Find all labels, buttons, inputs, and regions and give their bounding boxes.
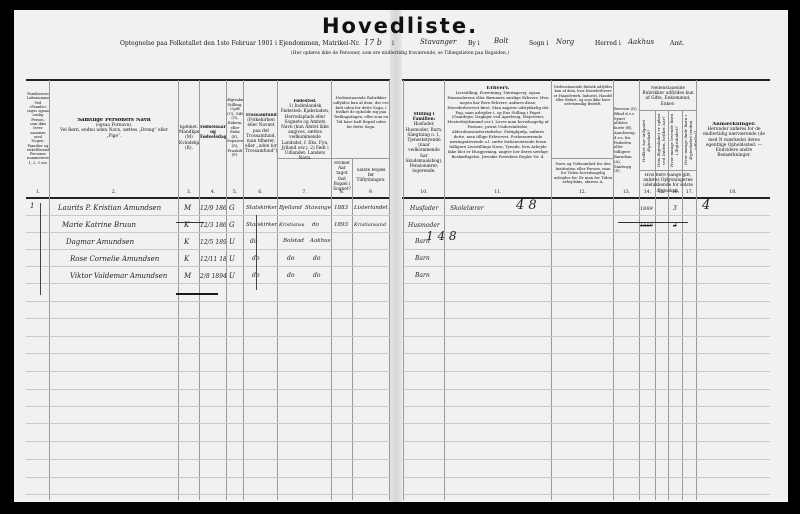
header-col-2: Samtlige Personers Navn (ogsaa Fornavn).… [52,118,176,139]
colnum-7: 7. [278,190,331,195]
header-col-8-9-top: Nedenstaaende Rubrikker udfyldes kun af … [333,96,389,130]
cell-living-children: 3 [673,222,682,229]
header-col-9: Sidste Bopæl før Tilflytningen. [353,168,389,184]
cell-birth-amt: Stavanger [305,205,331,211]
cell-sex: K [184,255,199,263]
cell-civil: U [229,255,243,263]
cell-civil: U [229,272,243,280]
i-label: i [392,40,394,47]
colnum-5: 5. [227,190,243,195]
cell-faith: Statskirken [246,222,277,228]
family-bracket-stroke [40,203,41,295]
header-col-7: Fødested. 1) Indenlandsk Fødested: Kjøbs… [279,99,331,161]
header-rule-right [402,79,770,81]
cell-occupation: Skolelærer [450,205,500,212]
header-col-10-body: Husfader, Husmoder, Barn, Slægtning o. l… [404,122,444,174]
header-col-4: Fødselsaar og Fødselsdag. [200,125,226,141]
cell-name: Laurits P. Kristian Amundsen [58,204,178,212]
header-col-15: Hvis Ægteskabet er opløst ved Døden, hvi… [656,113,668,168]
header-rule-left [26,79,390,81]
cell-living-children: 3 [673,205,682,212]
colnum-11: 11. [445,190,551,195]
header-col-5: Ægteskabelig Stilling. Ugift (U), Gift (… [227,98,243,158]
header-col-11-body: Livsstilling, Forretning, Næringsvej; og… [446,91,550,160]
strikethrough-stroke [618,222,688,223]
cell-name: Rose Cornelie Amundsen [70,255,178,263]
cell-role: Husfader [410,205,444,212]
cell-faith: do [250,238,277,245]
colnum-9: 9. [353,190,389,195]
cell-marriage-year: 1889 [640,223,655,229]
header-col-18: Anmærkninger. Herunder anføres for de mi… [700,122,768,158]
colnum-6: 6. [244,190,277,195]
sogn-value: Norg [556,38,574,46]
cell-birthplace: Kristiansand [279,222,305,228]
cell-born: 12/11 1892 [200,256,226,263]
underline-stroke [176,293,218,295]
cell-role: Husmoder [408,222,444,229]
colnum-14: 14. [640,190,655,195]
header-col-16: Hvor mange levende Børn i Ægteskabet? [669,113,682,168]
place-value: Stavanger [420,38,456,46]
header-col-8: Hvilket Aar tagot fast Bopæl i Sognet? [332,161,352,192]
colnum-8: 8. [332,190,352,195]
sex-strike-stroke [176,222,204,223]
sogn-label: Sogn i [529,40,548,47]
cell-year: 1883 [334,205,352,211]
header-col-18-body: Herunder anføres for de midlertidig nærv… [700,127,768,158]
header-col-14: Hvilket Aar indgaaet Ægteskab? [641,113,654,168]
faith-bracket-stroke [256,215,257,290]
cell-born: 2/8 1894 [200,273,226,280]
matrikel-nr-value: 17 b [364,38,382,47]
cell-faith: Statskirken [246,205,277,211]
column-number-rule-left [26,197,390,199]
colnum-17: 17. [683,190,696,195]
subtitle-note: (Her opføres ikke de Personer, som ere m… [0,51,800,56]
cell-prev-residence: Listerlandet [354,205,389,211]
colnum-13: 13. [614,190,639,195]
header-col-6: Trossamfund (Folkekirken eller Navnet pa… [245,113,277,155]
cell-sex: K [184,238,199,246]
header-col-12-top: Nedenstaaende Rubrik udfyldes kun af dem… [553,85,613,106]
cell-name: Dagmar Amundsen [66,238,178,246]
herred-value: Aakhus [628,38,654,46]
herred-label: Herred i [595,40,621,47]
cell-birthplace: do [287,272,305,279]
colnum-1: 1. [27,190,49,195]
cell-sex: M [184,204,199,212]
colnum-15: 15. [656,190,668,195]
header-col-11: Erhverv. Livsstilling, Forretning, Nærin… [446,86,550,160]
header-col-13: Beveien (D), Blind d.v.s. Synet aldeles … [614,107,639,174]
header-col-14-17-top: Nedenstaaende Rubrikker udfyldes kun af … [641,86,695,107]
cell-occupation-code: 4 8 [516,198,546,213]
cell-role-code: 1 4 8 [426,229,456,243]
by-value: Bolt [494,37,508,45]
page-title: Hovedliste. [0,14,800,38]
cell-civil: G [229,221,243,229]
cell-birth-amt: do [313,272,331,279]
cell-marriage-year: 1889 [640,206,655,212]
colnum-3: 3. [179,190,199,195]
cell-prev-residence: Kristiansand [354,222,389,228]
cell-name: Viktor Valdemar Amundsen [70,272,178,280]
subtitle-prefix: Optegnelse paa Folketallet den 1ste Febr… [120,40,360,47]
cell-civil: G [229,204,243,212]
cell-year: 1893 [334,222,352,228]
by-label: By i [468,40,480,47]
cell-role: Barn [415,255,444,262]
cell-birthplace: Bjelland [279,205,305,211]
header-col-7-body: 1) Indenlandsk Fødested: Kjøbstaden, Her… [279,104,331,161]
header-col-2-note: Vel Børn, endnu uden Navn, sættes „Dreng… [52,128,176,138]
amt-label: Amt. [670,40,684,47]
cell-born: 12/3 1869 [200,222,226,229]
colnum-10: 10. [404,190,444,195]
cell-born: 12/9 1864 [200,205,226,212]
cell-born: 12/5 1890 [200,239,226,246]
header-col-6-body: (Folkekirken eller Navnet paa det Trossa… [245,118,277,154]
cell-birth-amt: Aakhus [310,238,331,244]
binding-gutter [390,10,402,502]
cell-birthplace: do [287,255,305,262]
cell-birth-amt: do [313,255,331,262]
header-col-3: Kjønnet. Mandkjøn (M) Kvindekjøn (K). [179,125,199,151]
cell-role: Barn [415,272,444,279]
header-col-10: Stilling i Familien: Husfader, Husmoder,… [404,112,444,174]
cell-birthplace: Bolstad [283,238,305,244]
cell-remarks: 4 [702,198,722,213]
colnum-4: 4. [200,190,226,195]
cell-name: Marie Katrine Bruun [62,221,178,229]
header-col-1: Familiernes Løbenummer. Ved «Familie» ta… [27,92,49,165]
cell-birth-amt: do [312,222,331,228]
cell-civil: U [229,238,243,246]
colnum-18: 18. [697,190,769,195]
cell-sex: M [184,272,199,280]
header-col-17: Hvor mange døde Børn i Ægteskabet (endnu… [683,113,696,168]
header-col-10-title: Stilling i Familien: [404,112,444,122]
colnum-12: 12. [552,190,613,195]
colnum-2: 2. [50,190,178,195]
colnum-16: 16. [669,190,682,195]
cell-family-number: 1 [30,202,48,210]
header-col-12: Navn og Virksomhed for den Institution e… [553,162,613,185]
